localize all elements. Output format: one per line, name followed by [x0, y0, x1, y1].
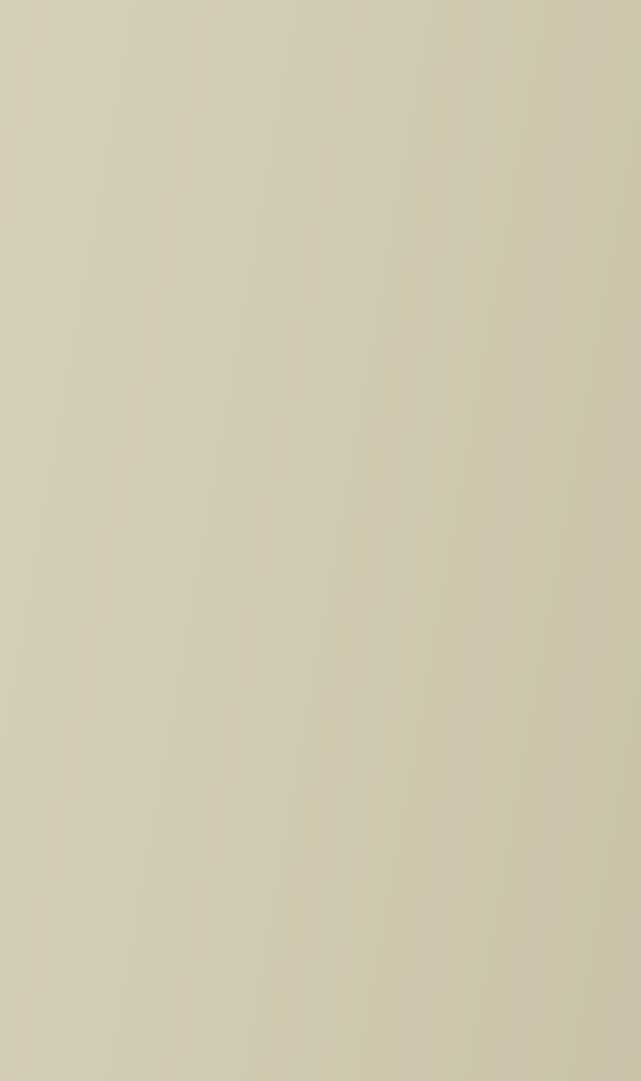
- watermark-text: [103, 995, 543, 1075]
- document-page: [0, 0, 641, 1081]
